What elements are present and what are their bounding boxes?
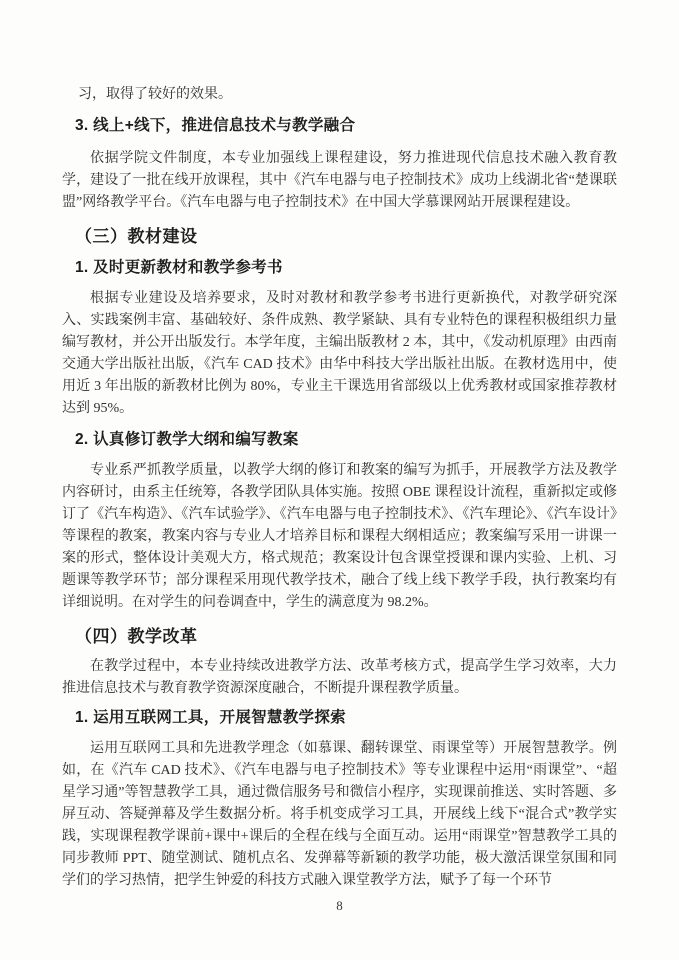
carried-over-line: 习，取得了较好的效果。 (78, 84, 617, 106)
para-textbook-update: 根据专业建设及培养要求，及时对教材和教学参考书进行更新换代，对教学研究深入、实践… (62, 288, 617, 420)
section-heading-teaching-reform: （四）教学改革 (75, 624, 617, 650)
subheading-revise-syllabus: 2. 认真修订教学大纲和编写教案 (75, 428, 617, 452)
subheading-internet-tools: 1. 运用互联网工具，开展智慧教学探索 (75, 706, 617, 730)
para-smart-teaching: 运用互联网工具和先进教学理念（如慕课、翻转课堂、雨课堂等）开展智慧教学。例如，在… (62, 738, 617, 892)
document-page: 习，取得了较好的效果。 3. 线上+线下，推进信息技术与教学融合 依据学院文件制… (0, 0, 679, 960)
para-online-course-construction: 依据学院文件制度，本专业加强线上课程建设，努力推进现代信息技术融入教育教学，建设… (62, 148, 617, 214)
para-teaching-reform-intro: 在教学过程中，本专业持续改进教学方法、改革考核方式，提高学生学习效率，大力推进信… (62, 656, 617, 700)
subheading-online-offline-integration: 3. 线上+线下，推进信息技术与教学融合 (75, 114, 617, 138)
subheading-update-textbooks: 1. 及时更新教材和教学参考书 (75, 256, 617, 280)
section-heading-textbook-construction: （三）教材建设 (75, 224, 617, 250)
para-syllabus-revision: 专业系严抓教学质量，以教学大纲的修订和教案的编写为抓手，开展教学方法及教学内容研… (62, 460, 617, 614)
page-number: 8 (62, 898, 617, 914)
